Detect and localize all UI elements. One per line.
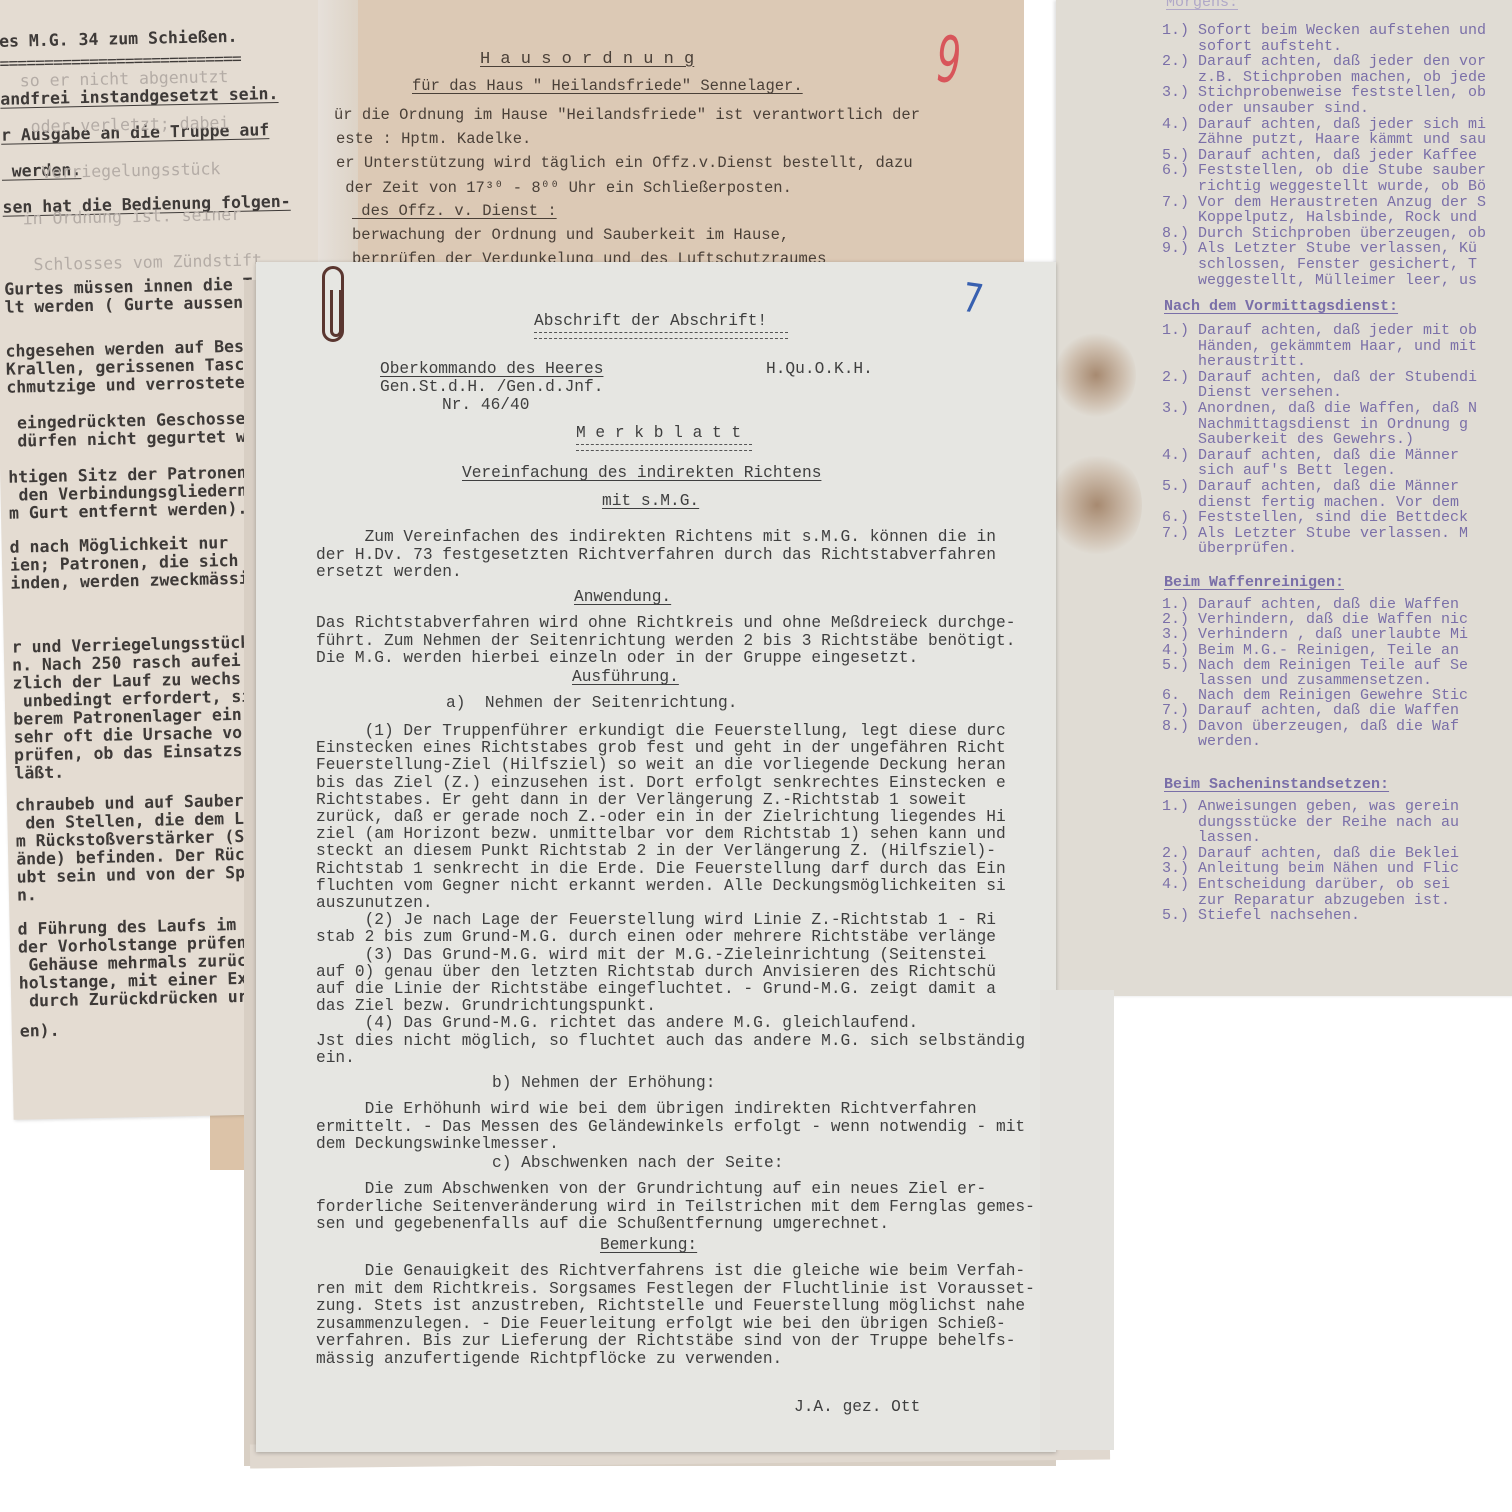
seitenrichtung-line: stab 2 bis zum Grund-M.G. durch einen od…	[316, 928, 996, 946]
clothing-repair-item: 1.) Anweisungen geben, was gerein	[1162, 798, 1459, 815]
bemerkung-line: zung. Stets ist anzustreben, Richtstelle…	[316, 1297, 1025, 1315]
merkblatt-document-page: Abschrift der Abschrift! Oberkommando de…	[256, 262, 1056, 1452]
sender-line-1: Oberkommando des Heeres	[380, 360, 603, 378]
clothing-repair-item: 2.) Darauf achten, daß die Beklei	[1162, 845, 1459, 862]
left-page-line: n.	[17, 885, 37, 904]
seitenrichtung-line: Richtstabes. Er geht dann in der Verläng…	[316, 791, 967, 809]
morning-duty-item: 2.) Darauf achten, daß jeder den vor	[1162, 53, 1486, 70]
morning-heading: Morgens:	[1166, 0, 1238, 11]
morning-duty-item: 1.) Sofort beim Wecken aufstehen und	[1162, 22, 1486, 39]
reference-number: Nr. 46/40	[442, 396, 529, 414]
subject-line-1: Vereinfachung des indirekten Richtens	[462, 464, 821, 482]
morning-duty-item: 7.) Vor dem Heraustreten Anzug der S	[1162, 194, 1486, 211]
left-page-line: lt werden ( Gurte aussen	[4, 293, 243, 317]
after-morning-duty-item: Dienst versehen.	[1162, 384, 1342, 401]
erhoehung-line: Die Erhöhunh wird wie bei dem übrigen in…	[316, 1100, 977, 1118]
hausordnung-line: der Zeit von 17³⁰ - 8⁰⁰ Uhr ein Schließe…	[336, 178, 792, 197]
seitenrichtung-line: bis das Ziel (Z.) einzusehen ist. Dort e…	[316, 774, 1006, 792]
morning-duty-item: 4.) Darauf achten, daß jeder sich mi	[1162, 116, 1486, 133]
seitenrichtung-line: (4) Das Grund-M.G. richtet das andere M.…	[316, 1014, 918, 1032]
left-page-line: m Gurt entfernt werden).	[9, 499, 248, 523]
show-through-text: Schlosses vom Zündstift	[4, 250, 263, 274]
seitenrichtung-line: ziel (am Horizont bezw. unmittelbar vor …	[316, 825, 1006, 843]
morning-duty-item: richtig weggestellt wurde, ob Bö	[1162, 178, 1486, 195]
duty-instructions-page: Morgens: 1.) Sofort beim Wecken aufstehe…	[1056, 0, 1512, 996]
intro-line: ersetzt werden.	[316, 563, 462, 581]
clothing-repair-item: lassen.	[1162, 829, 1261, 846]
after-morning-duty-item: 6.) Feststellen, sind die Bettdeck	[1162, 509, 1468, 526]
erhoehung-line: ermittelt. - Das Messen des Geländewinke…	[316, 1118, 1025, 1136]
document-title: M e r k b l a t t	[576, 424, 741, 442]
intro-line: Zum Vereinfachen des indirekten Richtens…	[316, 528, 996, 546]
clothing-repair-item: zur Reparatur abzugeben ist.	[1162, 892, 1450, 909]
hausordnung-line: er Unterstützung wird täglich ein Offz.v…	[336, 154, 913, 172]
anwendung-line: Das Richtstabverfahren wird ohne Richtkr…	[316, 614, 1015, 632]
clothing-repair-item: 5.) Stiefel nachsehen.	[1162, 907, 1360, 924]
clothing-repair-heading: Beim Sacheninstandsetzen:	[1164, 776, 1389, 793]
weapon-cleaning-heading: Beim Waffenreinigen:	[1164, 574, 1344, 591]
seitenrichtung-line: fluchten vom Gegner nicht erkannt werden…	[316, 877, 1006, 895]
signature: J.A. gez. Ott	[794, 1398, 920, 1416]
seitenrichtung-line: auf 0) genau über den letzten Richtstab …	[316, 963, 996, 981]
seitenrichtung-line: (2) Je nach Lage der Feuerstellung wird …	[316, 911, 996, 929]
clothing-repair-item: 4.) Entscheidung darüber, ob sei	[1162, 876, 1450, 893]
rust-stain	[1056, 330, 1136, 420]
weapon-cleaning-item: werden.	[1162, 733, 1261, 750]
morning-duty-item: sofort aufsteht.	[1162, 38, 1342, 55]
left-page-line: läßt.	[14, 763, 64, 783]
seitenrichtung-line: auszunutzen.	[316, 894, 433, 912]
seitenrichtung-line: Richtstab 1 senkrecht in die Erde. Die F…	[316, 860, 1006, 878]
heading-anwendung: Anwendung.	[574, 588, 671, 606]
left-page-line: prüfen, ob das Einsatzs	[14, 741, 243, 765]
left-page-line: dürfen nicht gegurtet w	[7, 427, 246, 451]
after-morning-duty-item: Sauberkeit des Gewehrs.)	[1162, 431, 1414, 448]
hausordnung-line: berwachung der Ordnung und Sauberkeit im…	[352, 226, 789, 244]
after-morning-duty-item: heraustritt.	[1162, 353, 1306, 370]
heading-bemerkung: Bemerkung:	[600, 1236, 697, 1254]
hausordnung-document-page: H a u s o r d n u n g für das Haus " Hei…	[318, 0, 1024, 300]
left-page-line: durch Zurückdrücken ur	[19, 987, 248, 1011]
after-morning-duty-item: 5.) Darauf achten, daß die Männer	[1162, 478, 1459, 495]
after-morning-duty-item: überprüfen.	[1162, 540, 1297, 557]
heading-ausfuehrung: Ausführung.	[572, 668, 679, 686]
subsection-a-title: a) Nehmen der Seitenrichtung.	[446, 694, 737, 712]
show-through-text: Verriegelungsstück	[2, 159, 221, 183]
bemerkung-line: Die Genauigkeit des Richtverfahrens ist …	[316, 1262, 1025, 1280]
after-morning-duty-item: 7.) Als Letzter Stube verlassen. M	[1162, 525, 1468, 542]
sender-line-2: Gen.St.d.H. /Gen.d.Jnf.	[380, 378, 603, 396]
intro-line: der H.Dv. 73 festgesetzten Richtverfahre…	[316, 546, 996, 564]
left-page-line: en).	[20, 1021, 60, 1041]
morning-duty-item: Zähne putzt, Haare kämmt und sau	[1162, 131, 1486, 148]
morning-duty-item: weggestellt, Mülleimer leer, us	[1162, 272, 1477, 289]
morning-duty-item: 9.) Als Letzter Stube verlassen, Kü	[1162, 240, 1477, 257]
abschwenken-line: sen und gegebenenfalls auf die Schußentf…	[316, 1215, 889, 1233]
seitenrichtung-line: steckt an diesem Punkt Richtstab 2 in de…	[316, 842, 996, 860]
bemerkung-line: zusammenzulegen. - Die Feuerleitung erfo…	[316, 1315, 1006, 1333]
subject-line-2: mit s.M.G.	[602, 492, 699, 510]
after-morning-duty-item: sich auf's Bett legen.	[1162, 462, 1396, 479]
seitenrichtung-line: ein.	[316, 1049, 355, 1067]
after-morning-duty-item: Nachmittagsdienst in Ordnung g	[1162, 416, 1468, 433]
seitenrichtung-line: Jst dies nicht möglich, so fluchtet auch…	[316, 1032, 1025, 1050]
anwendung-line: führt. Zum Nehmen der Seitenrichtung wer…	[316, 632, 1015, 650]
seitenrichtung-line: zurück, daß er gerade noch Z.-oder ein i…	[316, 808, 1006, 826]
after-morning-duty-item: 1.) Darauf achten, daß jeder mit ob	[1162, 322, 1477, 339]
left-page-line: chmutzige und verrostete	[6, 373, 245, 397]
left-page-line: ubt sein und von der Sp	[16, 863, 245, 887]
after-morning-duty-item: 4.) Darauf achten, daß die Männer	[1162, 447, 1459, 464]
left-page-line: inden, werden zweckmässi	[10, 569, 249, 593]
hausordnung-line: des Offz. v. Dienst :	[352, 202, 557, 220]
seitenrichtung-line: (1) Der Truppenführer erkundigt die Feue…	[316, 722, 1006, 740]
left-page-title: es M.G. 34 zum Schießen.	[0, 27, 238, 51]
bemerkung-line: verfahren. Bis zur Lieferung der Richtst…	[316, 1332, 1015, 1350]
hausordnung-subtitle: für das Haus " Heilandsfriede" Sennelage…	[412, 77, 803, 95]
bemerkung-line: ren mit dem Richtkreis. Sorgsames Festle…	[316, 1280, 1035, 1298]
copy-title: Abschrift der Abschrift!	[534, 312, 767, 330]
abschwenken-line: forderliche Seitenveränderung wird in Te…	[316, 1198, 1035, 1216]
seitenrichtung-line: (3) Das Grund-M.G. wird mit der M.G.-Zie…	[316, 946, 986, 964]
morning-duty-item: Koppelputz, Halsbinde, Rock und	[1162, 209, 1477, 226]
erhoehung-line: dem Deckungswinkelmesser.	[316, 1135, 559, 1153]
morning-duty-item: 3.) Stichprobenweise feststellen, ob	[1162, 84, 1486, 101]
after-morning-duty-item: dienst fertig machen. Vor dem	[1162, 494, 1459, 511]
paperclip-inner-loop	[330, 290, 342, 337]
after-morning-duty-item: Händen, gekämmtem Haar, und mit	[1162, 338, 1477, 355]
location-code: H.Qu.O.K.H.	[766, 360, 873, 378]
seitenrichtung-line: das Ziel bezw. Grundrichtungspunkt.	[316, 997, 656, 1015]
hausordnung-line: este : Hptm. Kadelke.	[336, 130, 531, 148]
morning-duty-item: z.B. Stichproben machen, ob jede	[1162, 69, 1486, 86]
hausordnung-title: H a u s o r d n u n g	[480, 50, 694, 69]
merkblatt-page-right-edge	[1040, 990, 1114, 1450]
seitenrichtung-line: Feuerstellung-Ziel (Hilfsziel) so weit a…	[316, 756, 1006, 774]
seitenrichtung-line: Einstecken eines Richtstabes grob fest u…	[316, 739, 1006, 757]
after-morning-duty-item: 3.) Anordnen, daß die Waffen, daß N	[1162, 400, 1477, 417]
double-rule	[576, 444, 752, 451]
show-through-text: in Ordnung ist. seiner	[3, 205, 242, 229]
double-rule	[534, 332, 788, 339]
hausordnung-line: ür die Ordnung im Hause "Heilandsfriede"…	[334, 106, 920, 124]
morning-duty-item: schlossen, Fenster gesichert, T	[1162, 256, 1477, 273]
seitenrichtung-line: auf die Linie der Richtstäbe eingeflucht…	[316, 980, 996, 998]
rust-stain	[1056, 450, 1142, 560]
morning-duty-item: 6.) Feststellen, ob die Stube sauber	[1162, 162, 1486, 179]
subsection-c-title: c) Abschwenken nach der Seite:	[492, 1154, 783, 1172]
anwendung-line: Die M.G. werden hierbei einzeln oder in …	[316, 649, 918, 667]
morning-duty-item: 8.) Durch Stichproben überzeugen, ob	[1162, 225, 1486, 242]
abschwenken-line: Die zum Abschwenken von der Grundrichtun…	[316, 1180, 986, 1198]
clothing-repair-item: 3.) Anleitung beim Nähen und Flic	[1162, 860, 1459, 877]
after-morning-duty-item: 2.) Darauf achten, daß der Stubendi	[1162, 369, 1477, 386]
after-morning-duty-heading: Nach dem Vormittagsdienst:	[1164, 298, 1398, 315]
subsection-b-title: b) Nehmen der Erhöhung:	[492, 1074, 715, 1092]
morning-duty-item: oder unsauber sind.	[1162, 100, 1369, 117]
bemerkung-line: mässig anzufertigende Richtpflöcke zu ve…	[316, 1350, 782, 1368]
morning-duty-item: 5.) Darauf achten, daß jeder Kaffee	[1162, 147, 1477, 164]
clothing-repair-item: dungsstücke der Reihe nach au	[1162, 814, 1459, 831]
